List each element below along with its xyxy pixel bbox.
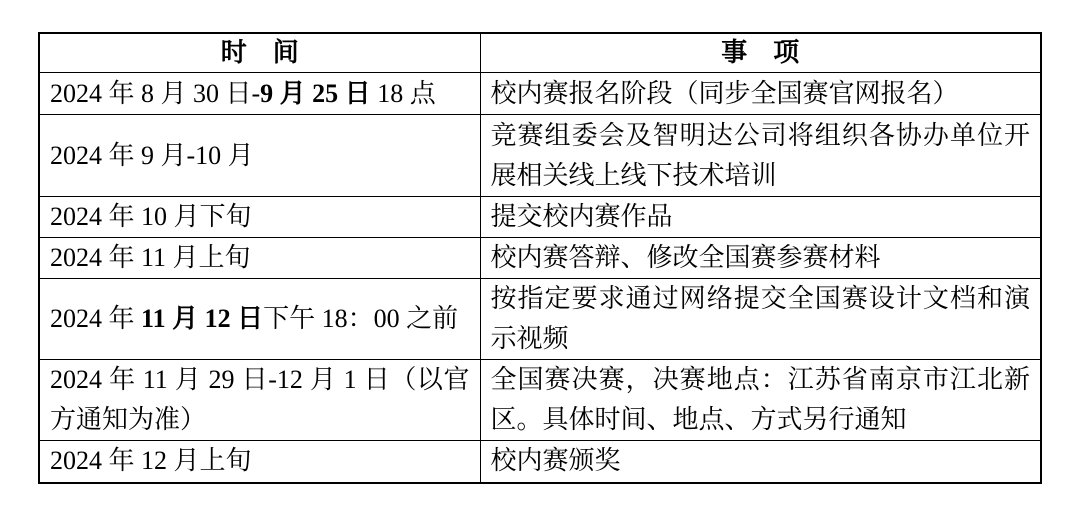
table-row: 2024 年 12 月上旬 校内赛颁奖 (39, 441, 1041, 483)
time-cell: 2024 年 8 月 30 日-9 月 25 日 18 点 (39, 73, 480, 115)
time-cell: 2024 年 10 月下旬 (39, 197, 480, 238)
time-cell: 2024 年 9 月-10 月 (39, 115, 480, 197)
time-segment: 9 月 25 日 (260, 79, 371, 108)
time-segment: 18 点 (371, 79, 436, 108)
item-cell: 全国赛决赛，决赛地点：江苏省南京市江北新区。具体时间、地点、方式另行通知 (480, 360, 1041, 441)
item-cell: 提交校内赛作品 (480, 197, 1041, 238)
time-segment: 11 月 12 日 (141, 304, 263, 333)
item-cell: 竞赛组委会及智明达公司将组织各协办单位开展相关线上线下技术培训 (480, 115, 1041, 197)
table-row: 2024 年 8 月 30 日-9 月 25 日 18 点 校内赛报名阶段（同步… (39, 73, 1041, 115)
table-header: 时 间 事 项 (39, 33, 1041, 73)
time-segment: 2024 年 11 月 29 日-12 月 1 日（以官方通知为准） (50, 365, 470, 434)
table-row: 2024 年 11 月上旬 校内赛答辩、修改全国赛参赛材料 (39, 238, 1041, 279)
document-page: 时 间 事 项 2024 年 8 月 30 日-9 月 25 日 18 点 校内… (0, 0, 1074, 508)
time-cell: 2024 年 12 月上旬 (39, 441, 480, 483)
time-segment: 2024 年 11 月上旬 (50, 243, 251, 272)
table-row: 2024 年 9 月-10 月 竞赛组委会及智明达公司将组织各协办单位开展相关线… (39, 115, 1041, 197)
table-body: 2024 年 8 月 30 日-9 月 25 日 18 点 校内赛报名阶段（同步… (39, 73, 1041, 483)
time-segment: 2024 年 (50, 304, 141, 333)
time-cell: 2024 年 11 月上旬 (39, 238, 480, 279)
schedule-table: 时 间 事 项 2024 年 8 月 30 日-9 月 25 日 18 点 校内… (38, 32, 1042, 484)
header-cell-item: 事 项 (480, 33, 1041, 73)
time-segment: 2024 年 12 月上旬 (50, 446, 252, 475)
item-cell: 校内赛答辩、修改全国赛参赛材料 (480, 238, 1041, 279)
time-segment: 2024 年 8 月 30 日- (50, 79, 260, 108)
item-cell: 按指定要求通过网络提交全国赛设计文档和演示视频 (480, 279, 1041, 360)
table-row: 2024 年 10 月下旬 提交校内赛作品 (39, 197, 1041, 238)
table-row: 2024 年 11 月 29 日-12 月 1 日（以官方通知为准） 全国赛决赛… (39, 360, 1041, 441)
table-row: 2024 年 11 月 12 日下午 18：00 之前 按指定要求通过网络提交全… (39, 279, 1041, 360)
header-cell-time: 时 间 (39, 33, 480, 73)
time-segment: 2024 年 10 月下旬 (50, 202, 252, 231)
table-header-row: 时 间 事 项 (39, 33, 1041, 73)
item-cell: 校内赛报名阶段（同步全国赛官网报名） (480, 73, 1041, 115)
time-cell: 2024 年 11 月 29 日-12 月 1 日（以官方通知为准） (39, 360, 480, 441)
item-cell: 校内赛颁奖 (480, 441, 1041, 483)
time-cell: 2024 年 11 月 12 日下午 18：00 之前 (39, 279, 480, 360)
time-segment: 下午 18：00 之前 (263, 304, 458, 333)
time-segment: 2024 年 9 月-10 月 (50, 141, 254, 170)
